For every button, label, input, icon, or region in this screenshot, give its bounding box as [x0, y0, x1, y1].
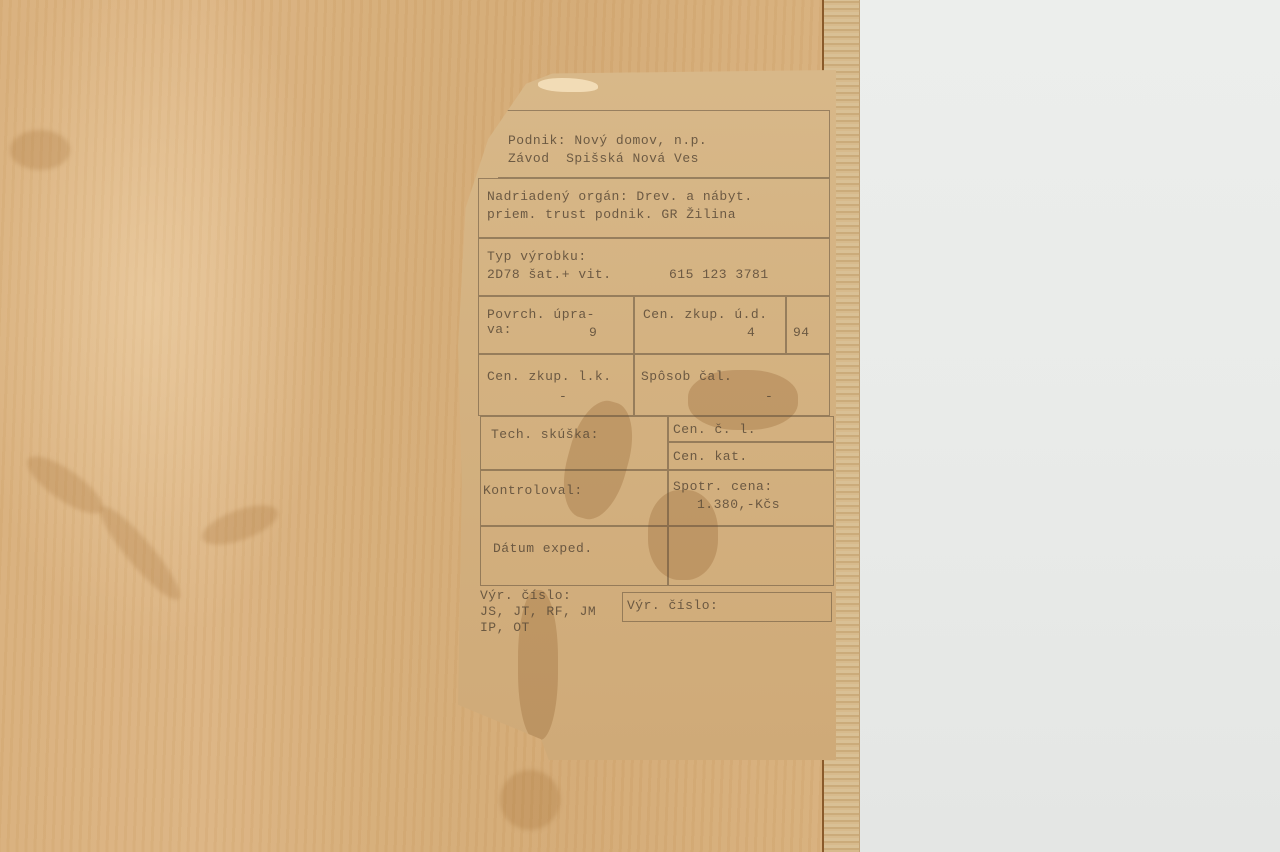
product-type-value: 2D78 šat.+ vit. [487, 267, 612, 282]
background-wall [858, 0, 1280, 852]
water-stain [10, 130, 70, 170]
product-type-label: Typ výrobku: [487, 249, 587, 264]
price-group-2-cell: Cen. zkup. l.k. - [478, 354, 634, 416]
price-item-label: Cen. č. l. [673, 422, 756, 437]
price-group-label: Cen. zkup. ú.d. [643, 307, 768, 322]
inspected-cell: Kontroloval: [480, 470, 668, 526]
water-stain [20, 447, 111, 523]
price-group-value: 4 [747, 325, 755, 340]
surface-finish-value: 9 [589, 325, 597, 340]
footer-serial-box: Výr. číslo: [622, 592, 832, 622]
footer-initials: JS, JT, RF, JM [480, 604, 596, 619]
price-cat-cell: Cen. kat. [668, 442, 834, 470]
method-label: Spôsob čal. [641, 369, 732, 384]
surface-finish-label: Povrch. úpra- va: [487, 307, 595, 337]
company-name: Podnik: Nový domov, n.p. [508, 133, 707, 148]
tech-check-label: Tech. skúška: [491, 427, 599, 442]
price-group-extra: 94 [793, 325, 810, 340]
tech-check-cell: Tech. skúška: [480, 416, 668, 470]
footer-serial-label: Výr. číslo: [480, 588, 571, 603]
retail-price-value: 1.380,-Kčs [697, 497, 780, 512]
price-item-cell: Cen. č. l. [668, 416, 834, 442]
water-stain [500, 770, 560, 830]
plant-name: Závod Spišská Nová Ves [508, 151, 699, 166]
header-section: Podnik: Nový domov, n.p. Závod Spišská N… [498, 110, 830, 178]
method-value: - [765, 389, 773, 404]
dispatch-date-value-cell [668, 526, 834, 586]
method-cell: Spôsob čal. - [634, 354, 830, 416]
dispatch-date-cell: Dátum exped. [480, 526, 668, 586]
water-stain [91, 499, 188, 608]
footer-serial-box-label: Výr. číslo: [627, 598, 718, 613]
superior-body-line2: priem. trust podnik. GR Žilina [487, 207, 736, 222]
superior-body-section: Nadriadený orgán: Drev. a nábyt. priem. … [478, 178, 830, 238]
price-group-2-value: - [559, 389, 567, 404]
surface-finish-cell: Povrch. úpra- va: 9 [478, 296, 634, 354]
price-group-cell: Cen. zkup. ú.d. 4 [634, 296, 786, 354]
retail-price-cell: Spotr. cena: 1.380,-Kčs [668, 470, 834, 526]
superior-body-line1: Nadriadený orgán: Drev. a nábyt. [487, 189, 753, 204]
price-group-2-label: Cen. zkup. l.k. [487, 369, 612, 384]
retail-price-label: Spotr. cena: [673, 479, 773, 494]
product-code: 615 123 3781 [669, 267, 769, 282]
inspected-label: Kontroloval: [483, 483, 583, 498]
manufacturer-label: Podnik: Nový domov, n.p. Závod Spišská N… [458, 70, 836, 760]
water-stain [197, 497, 282, 553]
product-type-section: Typ výrobku: 2D78 šat.+ vit. 615 123 378… [478, 238, 830, 296]
price-extra-cell: 94 [786, 296, 830, 354]
price-cat-label: Cen. kat. [673, 449, 748, 464]
dispatch-date-label: Dátum exped. [493, 541, 593, 556]
footer-initials-2: IP, OT [480, 620, 530, 635]
